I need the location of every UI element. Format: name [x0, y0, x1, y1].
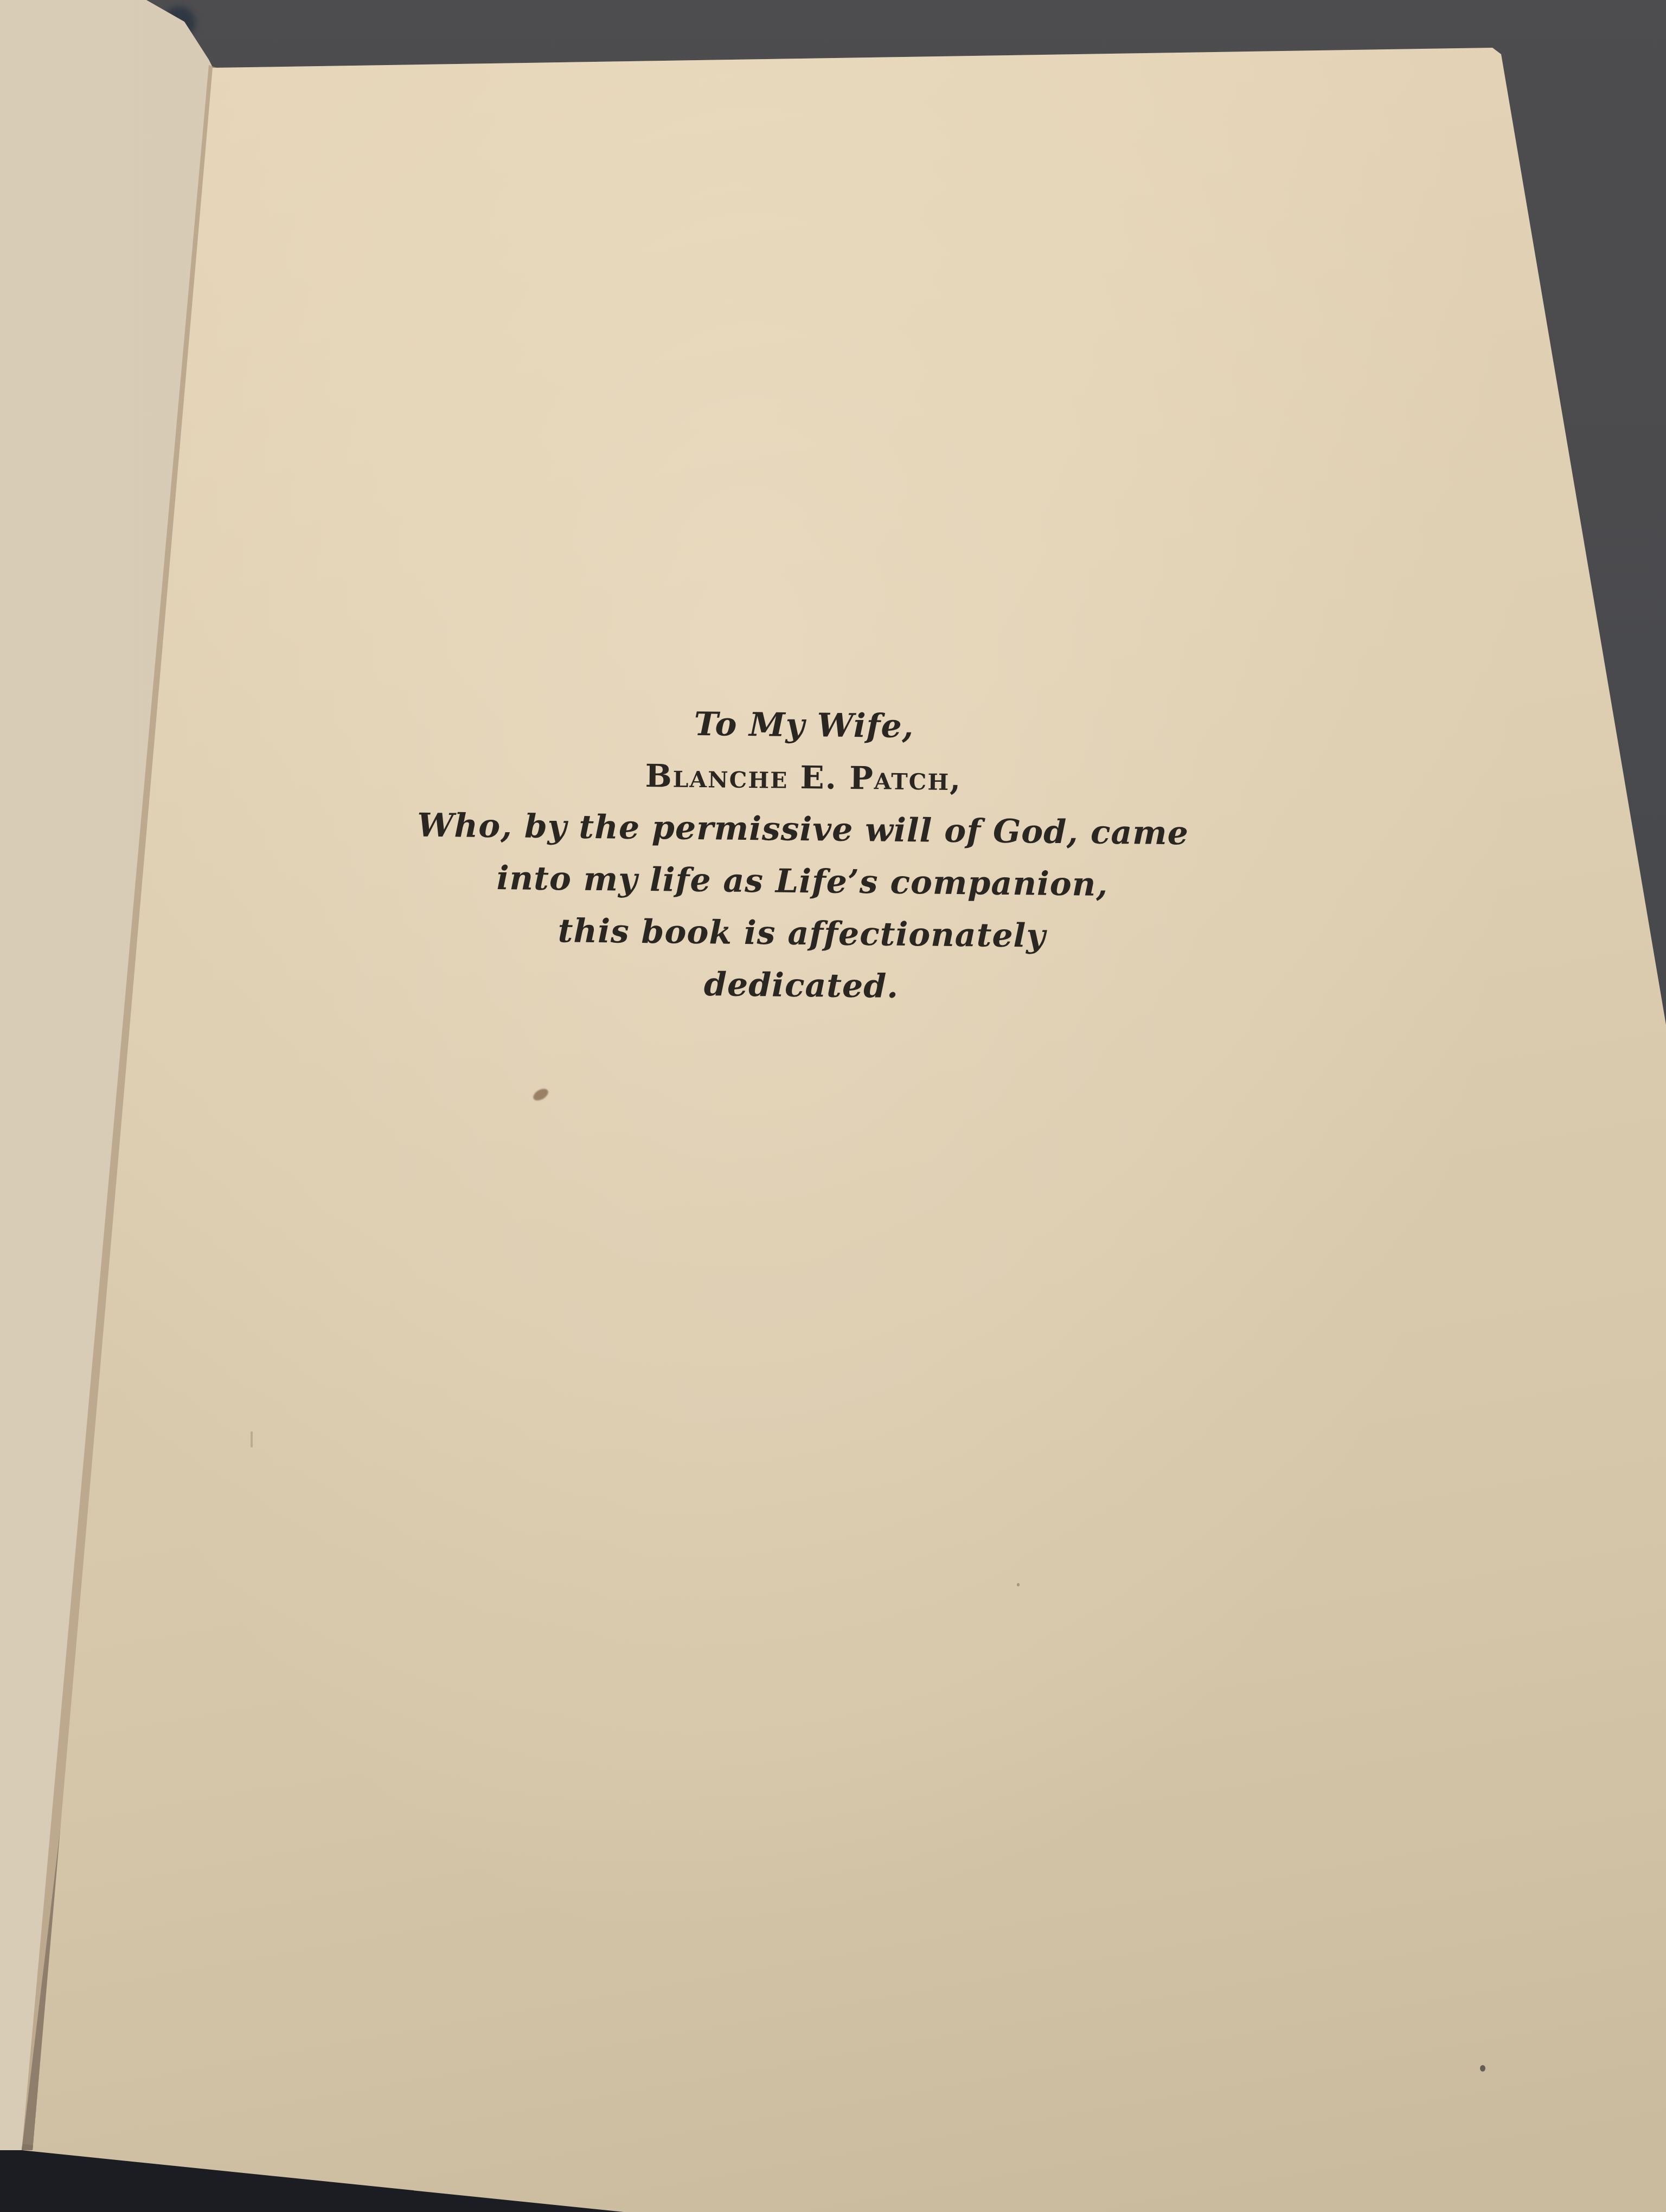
paper-fiber-mark — [251, 1431, 253, 1448]
paper-speck — [1480, 2065, 1485, 2072]
dedication-salutation: To My Wife, — [397, 695, 1211, 756]
paper-speck — [1017, 1583, 1020, 1586]
page-content: To My Wife, Blanche E. Patch, Who, by th… — [0, 0, 1666, 2212]
dedicatee-name: Blanche E. Patch, — [396, 747, 1210, 808]
dedication-text: To My Wife, Blanche E. Patch, Who, by th… — [394, 695, 1211, 1016]
dedication-line-5: this book is affectionately — [395, 903, 1209, 964]
paper-stain — [531, 1086, 550, 1103]
dedication-line-4: into my life as Life’s companion, — [395, 851, 1209, 912]
photo-scene: To My Wife, Blanche E. Patch, Who, by th… — [0, 0, 1666, 2212]
dedication-line-6: dedicated. — [394, 955, 1208, 1016]
dedication-line-3: Who, by the permissive will of God, came — [396, 799, 1210, 860]
